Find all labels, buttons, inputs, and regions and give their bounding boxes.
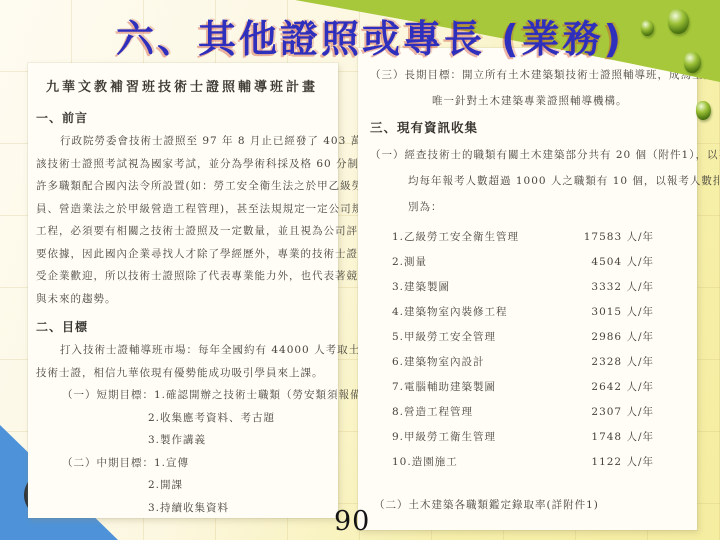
list-item: 3.建築製圖 3332 人/年 [370, 275, 689, 300]
left-doc-intro-line: 工程，必須要有相關之技術士證照及一定數量，並且視為公司評鑑之重 [36, 220, 328, 243]
left-doc-intro-line: 與未來的趨勢。 [36, 288, 328, 311]
right-doc-info-line: 均每年報考人數超過 1000 人之職類有 10 個，以報考人數排序分 [370, 168, 689, 194]
list-item: 9.甲級勞工衛生管理 1748 人/年 [370, 425, 689, 450]
item-name: 9.甲級勞工衛生管理 [392, 431, 496, 443]
water-droplet-icon [684, 52, 701, 73]
item-value: 2642 人/年 [542, 375, 654, 400]
item-value: 1122 人/年 [542, 450, 654, 475]
list-item: 1.乙級勞工安全衛生管理 17583 人/年 [370, 225, 689, 250]
left-doc-goal-line: 打入技術士證輔導班市場：每年全國約有 44000 人考取土木建築類 [36, 339, 328, 362]
left-doc-short-term-line: 3.製作講義 [36, 429, 328, 452]
list-item: 6.建築物室內設計 2328 人/年 [370, 350, 689, 375]
slide-title: 六、其他證照或專長 (業務) [60, 8, 680, 63]
item-value: 2328 人/年 [542, 350, 654, 375]
list-item: 8.營造工程管理 2307 人/年 [370, 400, 689, 425]
list-item: 7.電腦輔助建築製圖 2642 人/年 [370, 375, 689, 400]
page-number: 90 [334, 506, 370, 537]
right-doc-item-list: 1.乙級勞工安全衛生管理 17583 人/年 2.測量 4504 人/年 3.建… [370, 225, 689, 475]
left-doc-intro-line: 受企業歡迎，所以技術士證照除了代表專業能力外，也代表著競爭優勢 [36, 265, 328, 288]
left-doc-intro-line: 員、營造業法之於甲級營造工程管理)，甚至法規規定一定公司規模或 [36, 198, 328, 221]
list-item: 2.測量 4504 人/年 [370, 250, 689, 275]
left-document-page: 九華文教補習班技術士證照輔導班計畫 一、前言 行政院勞委會技術士證照至 97 年… [28, 63, 338, 518]
list-item: 4.建築物室內裝修工程 3015 人/年 [370, 300, 689, 325]
item-value: 2986 人/年 [542, 325, 654, 350]
item-name: 3.建築製圖 [392, 281, 450, 293]
right-doc-footer-line: （二）土木建築各職類鑑定錄取率(詳附件1) [370, 493, 689, 517]
right-doc-info-line: 別為： [370, 194, 689, 220]
left-doc-goal-line: 技術士證，相信九華依現有優勢能成功吸引學員來上課。 [36, 362, 328, 385]
right-doc-long-term-line: 唯一針對土木建築專業證照輔導機構。 [370, 88, 689, 114]
item-name: 7.電腦輔助建築製圖 [392, 381, 496, 393]
left-doc-section1-heading: 一、前言 [36, 106, 328, 130]
item-value: 2307 人/年 [542, 400, 654, 425]
left-doc-intro-line: 行政院勞委會技術士證照至 97 年 8 月止已經發了 403 萬 5 仟張； [36, 130, 328, 153]
item-name: 1.乙級勞工安全衛生管理 [392, 231, 519, 243]
item-value: 1748 人/年 [542, 425, 654, 450]
left-doc-intro-line: 許多職類配合國內法令所設置(如：勞工安全衛生法之於甲乙級勞安人 [36, 175, 328, 198]
item-name: 4.建築物室內裝修工程 [392, 306, 508, 318]
list-item: 10.造園施工 1122 人/年 [370, 450, 689, 475]
left-doc-mid-term-line: （二）中期目標：1.宣傳 [36, 452, 328, 475]
right-doc-info-line: （一）經查技術士的職類有關土木建築部分共有 20 個（附件1），以平 [370, 142, 689, 168]
left-doc-short-term-line: 2.收集應考資料、考古題 [36, 407, 328, 430]
item-name: 8.營造工程管理 [392, 406, 473, 418]
item-name: 5.甲級勞工安全管理 [392, 331, 496, 343]
item-name: 6.建築物室內設計 [392, 356, 485, 368]
item-value: 4504 人/年 [542, 250, 654, 275]
left-doc-short-term-line: （一）短期目標：1.確認開辦之技術士職類（勞安類須報備申請） [36, 384, 328, 407]
left-doc-section2-heading: 二、目標 [36, 315, 328, 339]
item-value: 17583 人/年 [542, 225, 654, 250]
list-item: 5.甲級勞工安全管理 2986 人/年 [370, 325, 689, 350]
left-doc-title: 九華文教補習班技術士證照輔導班計畫 [36, 75, 328, 101]
left-doc-intro-line: 要依據，因此國內企業尋找人才除了學經歷外，專業的技術士證照更是 [36, 243, 328, 266]
right-document-page: （三）長期目標：開立所有土木建築類技術士證照輔導班，成為全國 唯一針對土木建築專… [358, 48, 697, 530]
item-value: 3332 人/年 [542, 275, 654, 300]
item-value: 3015 人/年 [542, 300, 654, 325]
item-name: 10.造園施工 [392, 456, 458, 468]
left-doc-intro-line: 該技術士證照考試視為國家考試，並分為學術科採及格 60 分制。其中 [36, 153, 328, 176]
left-doc-mid-term-line: 2.開課 [36, 474, 328, 497]
left-doc-mid-term-line: 3.持續收集資料 [36, 497, 328, 520]
presentation-slide: 六、其他證照或專長 (業務) 九華文教補習班技術士證照輔導班計畫 一、前言 行政… [0, 0, 720, 540]
right-doc-section3-heading: 三、現有資訊收集 [370, 114, 689, 142]
item-name: 2.測量 [392, 256, 427, 268]
water-droplet-icon [696, 101, 711, 120]
right-doc-long-term-line: （三）長期目標：開立所有土木建築類技術士證照輔導班，成為全國 [370, 62, 689, 88]
